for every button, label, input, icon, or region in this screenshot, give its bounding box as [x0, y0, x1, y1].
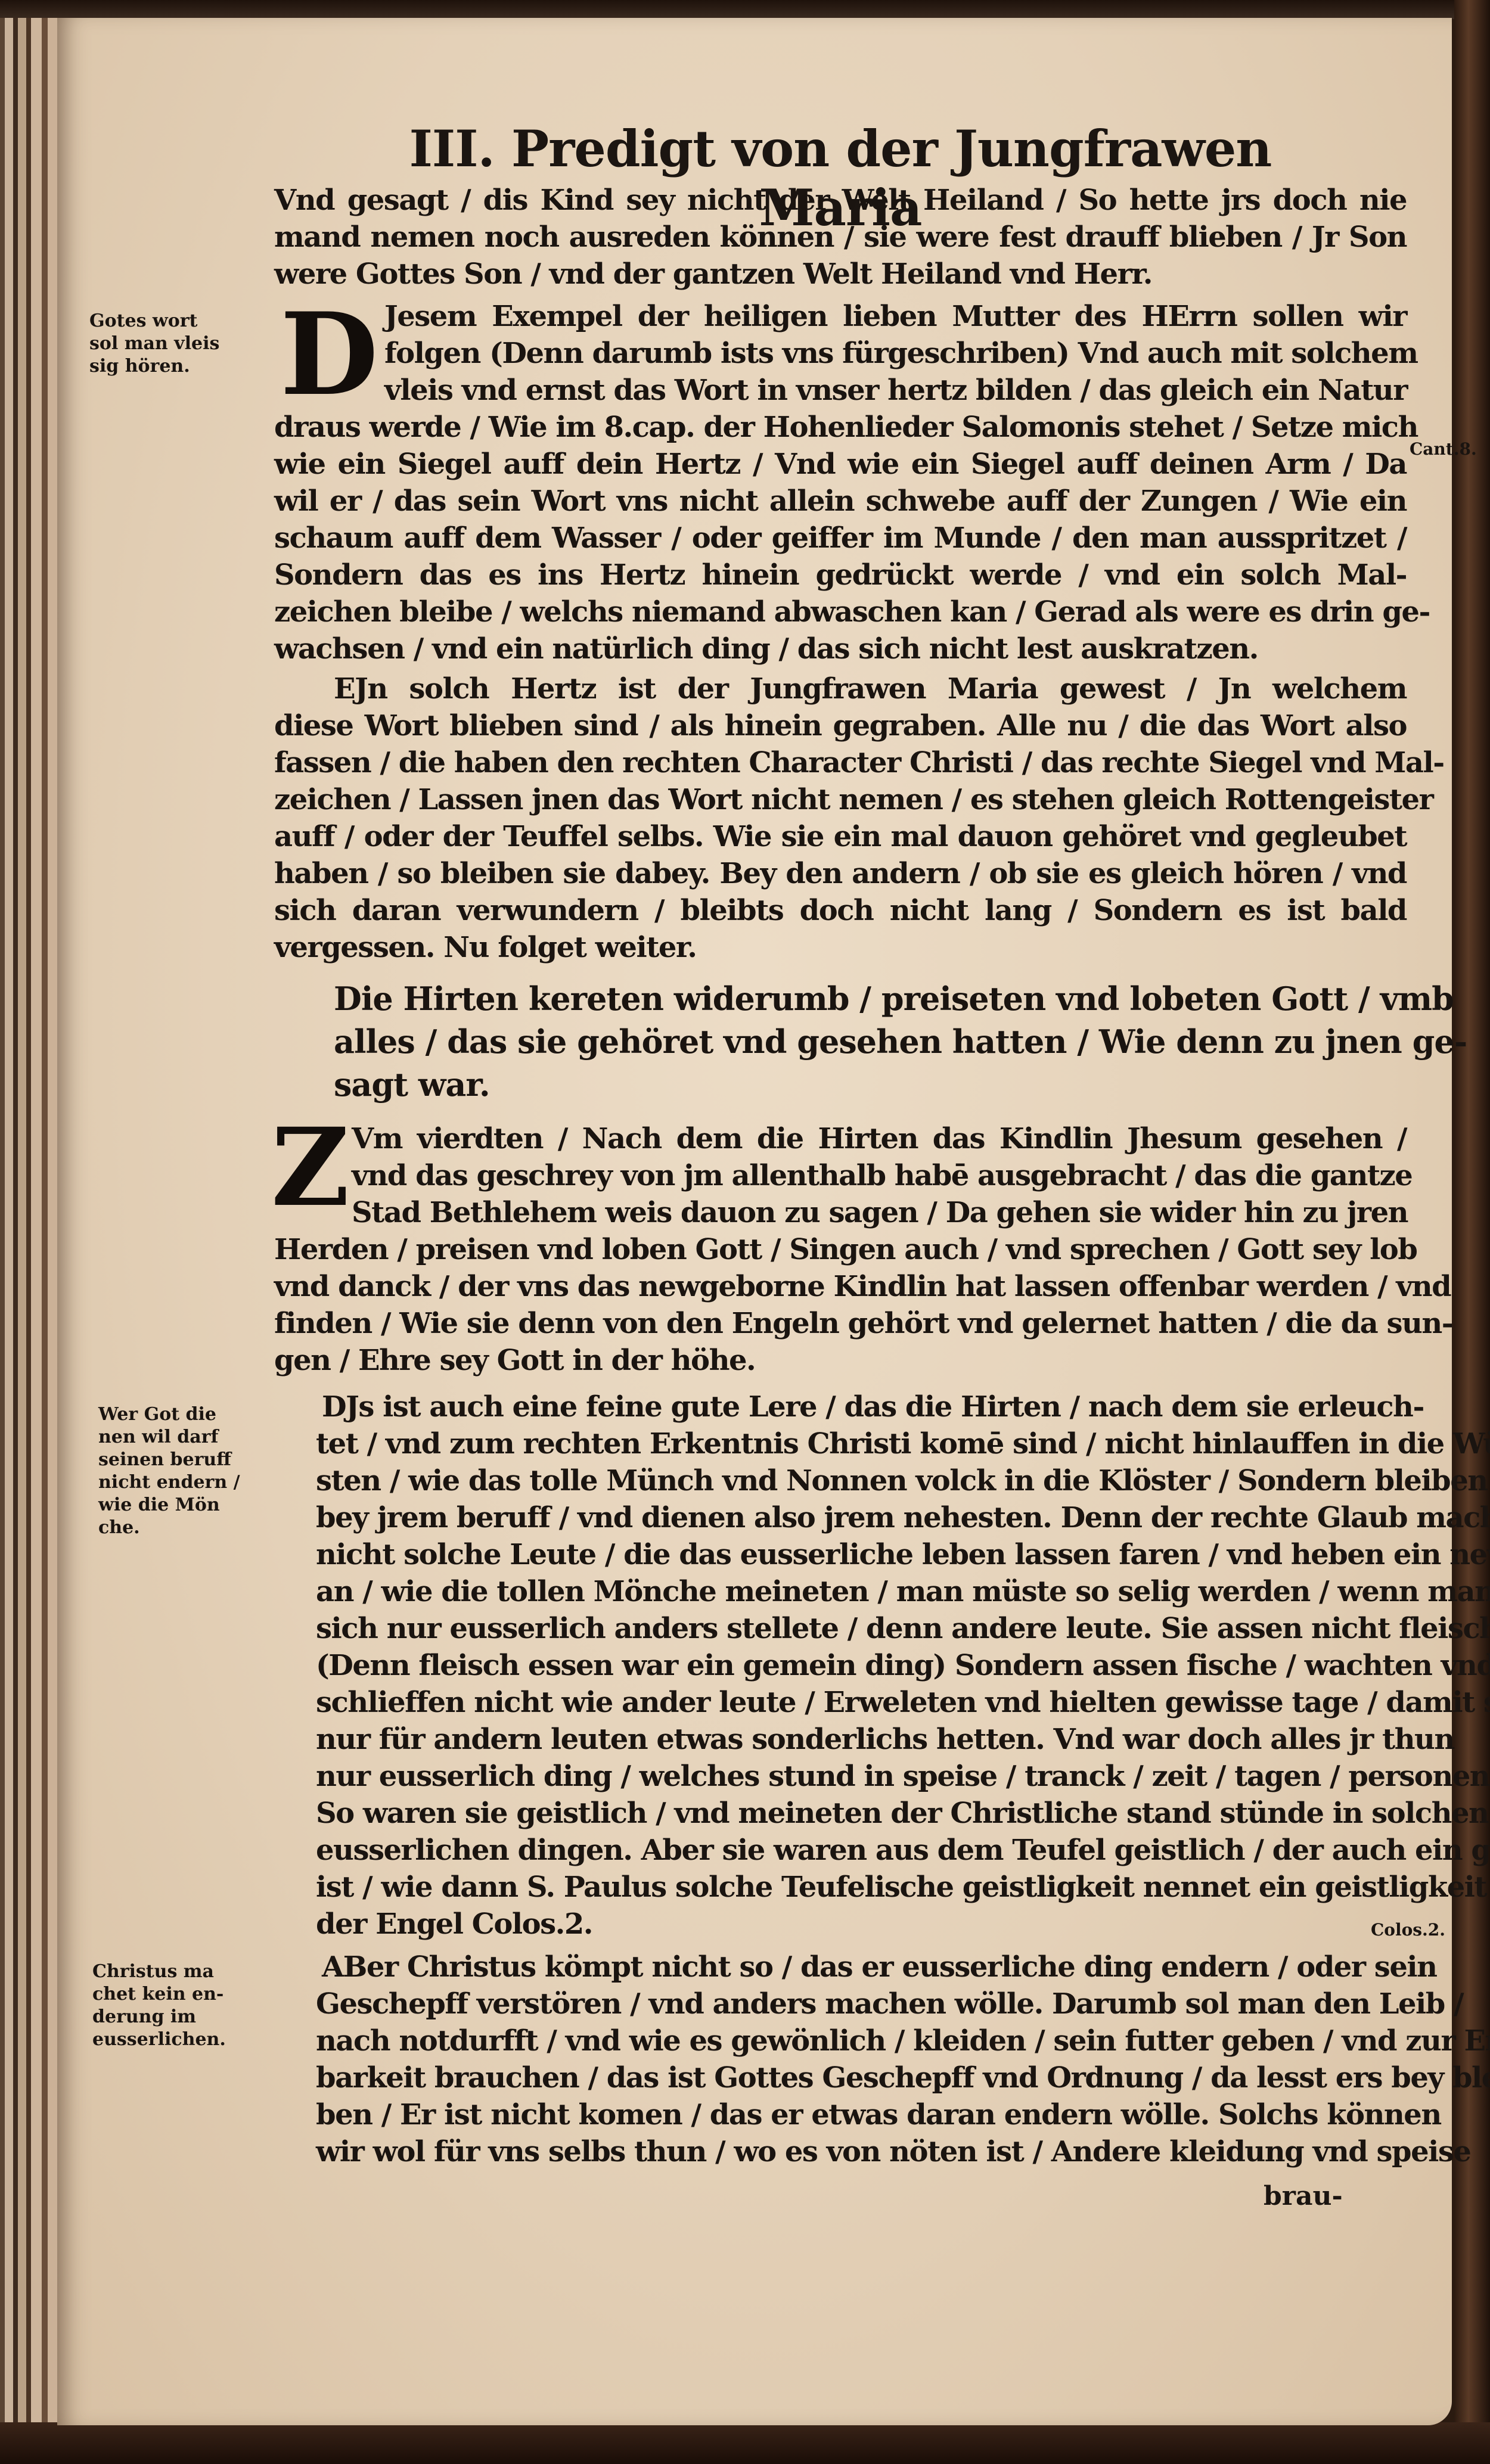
margin-note-wer-got-dienen: Wer Got die nen wil darf seinen beruff n…	[98, 1403, 240, 1539]
text-line: haben / so bleiben sie dabey. Bey den an…	[274, 855, 1407, 892]
text-line: sich nur eusserlich anders stellete / de…	[316, 1610, 1407, 1647]
text-line: eusserlichen dingen. Aber sie waren aus …	[316, 1832, 1407, 1869]
text-line: (Denn fleisch essen war ein gemein ding)…	[316, 1647, 1407, 1684]
quote-line: Die Hirten kereten widerumb / preiseten …	[334, 977, 1317, 1020]
text-line: ist / wie dann S. Paulus solche Teufelis…	[316, 1869, 1407, 1906]
text-line: nur eusserlich ding / welches stund in s…	[316, 1758, 1407, 1795]
text-line: gen / Ehre sey Gott in der höhe.	[274, 1342, 1407, 1379]
text-line: vnd das geschrey von jm allenthalb habē …	[274, 1157, 1407, 1194]
text-line: nach notdurfft / vnd wie es gewönlich / …	[316, 2022, 1407, 2059]
text-line: sich daran verwundern / bleibts doch nic…	[274, 892, 1407, 929]
paragraph-vierdten: Vm vierdten / Nach dem die Hirten das Ki…	[274, 1120, 1407, 1379]
text-line: wachsen / vnd ein natürlich ding / das s…	[274, 630, 1407, 667]
margin-note-colos: Colos.2.	[1371, 1919, 1445, 1941]
text-line: Geschepff verstören / vnd anders machen …	[316, 1986, 1407, 2022]
book-binding-top	[0, 0, 1490, 19]
text-line: auff / oder der Teuffel selbs. Wie sie e…	[274, 818, 1407, 855]
text-line: zeichen / Lassen jnen das Wort nicht nem…	[274, 781, 1407, 818]
text-line: Stad Bethlehem weis dauon zu sagen / Da …	[274, 1194, 1407, 1231]
paragraph-feine-lere: DJs ist auch eine feine gute Lere / das …	[316, 1388, 1407, 1943]
text-line: schlieffen nicht wie ander leute / Erwel…	[316, 1684, 1407, 1721]
text-line: Sondern das es ins Hertz hinein gedrückt…	[274, 557, 1407, 594]
text-line: diese Wort blieben sind / als hinein geg…	[274, 707, 1407, 744]
text-line: fassen / die haben den rechten Character…	[274, 744, 1407, 781]
text-line: ABer Christus kömpt nicht so / das er eu…	[316, 1949, 1407, 1986]
page-gutter-edges	[0, 18, 60, 2431]
book-binding-bottom	[0, 2422, 1490, 2464]
text-line: Jesem Exempel der heiligen lieben Mutter…	[274, 298, 1407, 335]
paragraph-solch-hertz: EJn solch Hertz ist der Jungfrawen Maria…	[274, 670, 1407, 966]
text-line: So waren sie geistlich / vnd meineten de…	[316, 1795, 1407, 1832]
text-line: finden / Wie sie denn von den Engeln geh…	[274, 1305, 1407, 1342]
margin-note-gotes-wort: Gotes wort sol man vleis sig hören.	[89, 310, 219, 378]
text-line: ben / Er ist nicht komen / das er etwas …	[316, 2096, 1407, 2133]
text-line: wie ein Siegel auff dein Hertz / Vnd wie…	[274, 446, 1407, 483]
text-line: sten / wie das tolle Münch vnd Nonnen vo…	[316, 1462, 1407, 1499]
text-line: EJn solch Hertz ist der Jungfrawen Maria…	[274, 670, 1407, 707]
text-line: mand nemen noch ausreden können / sie we…	[274, 219, 1407, 256]
paragraph-exempel: Jesem Exempel der heiligen lieben Mutter…	[274, 298, 1407, 667]
paragraph-christus-kompt: ABer Christus kömpt nicht so / das er eu…	[316, 1949, 1407, 2170]
text-line: schaum auff dem Wasser / oder geiffer im…	[274, 520, 1407, 557]
text-line: draus werde / Wie im 8.cap. der Hohenlie…	[274, 409, 1407, 446]
text-line: vergessen. Nu folget weiter.	[274, 929, 1407, 966]
text-line: vleis vnd ernst das Wort in vnser hertz …	[274, 372, 1407, 409]
text-line: wil er / das sein Wort vns nicht allein …	[274, 483, 1407, 520]
text-line: nicht solche Leute / die das eusserliche…	[316, 1536, 1407, 1573]
text-line: wir wol für vns selbs thun / wo es von n…	[316, 2133, 1407, 2170]
text-line: Vm vierdten / Nach dem die Hirten das Ki…	[274, 1120, 1407, 1157]
text-line: were Gottes Son / vnd der gantzen Welt H…	[274, 256, 1407, 293]
text-line: barkeit brauchen / das ist Gottes Gesche…	[316, 2059, 1407, 2096]
margin-note-christus: Christus ma chet kein en- derung im euss…	[92, 1960, 226, 2051]
text-line: folgen (Denn darumb ists vns fürgeschrib…	[274, 335, 1407, 372]
catchword: brau-	[1264, 2181, 1343, 2211]
text-line: an / wie die tollen Mönche meineten / ma…	[316, 1573, 1407, 1610]
quote-line: sagt war.	[334, 1063, 1317, 1106]
paragraph-continuation: Vnd gesagt / dis Kind sey nicht der Welt…	[274, 182, 1407, 293]
text-line: tet / vnd zum rechten Erkentnis Christi …	[316, 1425, 1407, 1462]
text-line: Herden / preisen vnd loben Gott / Singen…	[274, 1231, 1407, 1268]
text-line: vnd danck / der vns das newgeborne Kindl…	[274, 1268, 1407, 1305]
text-line: DJs ist auch eine feine gute Lere / das …	[316, 1388, 1407, 1425]
margin-note-cant: Cant.8.	[1410, 438, 1477, 461]
quote-line: alles / das sie gehöret vnd gesehen hatt…	[334, 1020, 1317, 1063]
text-line: zeichen bleibe / welchs niemand abwasche…	[274, 594, 1407, 630]
text-line: nur für andern leuten etwas sonderlichs …	[316, 1721, 1407, 1758]
text-line: bey jrem beruff / vnd dienen also jrem n…	[316, 1499, 1407, 1536]
text-line: Vnd gesagt / dis Kind sey nicht der Welt…	[274, 182, 1407, 219]
text-line: der Engel Colos.2.	[316, 1906, 1407, 1943]
scripture-quote: Die Hirten kereten widerumb / preiseten …	[334, 977, 1317, 1106]
